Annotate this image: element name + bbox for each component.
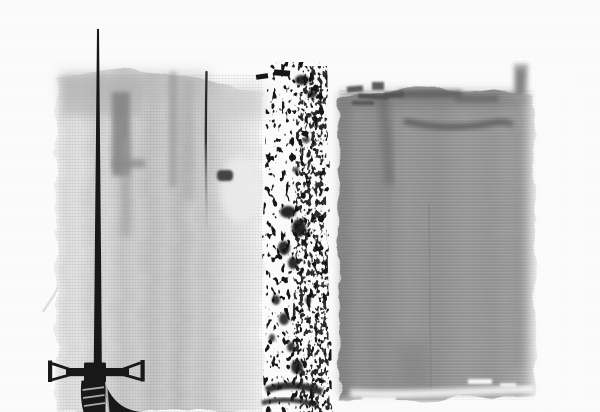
- left-wash-panel: [56, 71, 263, 412]
- dark-wash-streak: [122, 140, 130, 236]
- ink-blob: [291, 360, 303, 374]
- wash-upper-right-shade: [205, 88, 263, 118]
- crossguard-right-cap: [141, 360, 145, 382]
- charcoal-blob: [217, 170, 233, 181]
- pencil-line-core: [206, 92, 207, 142]
- ink-blob: [287, 342, 295, 352]
- ink-blob: [307, 90, 317, 98]
- dark-wash-streak: [169, 72, 177, 187]
- ink-blob: [269, 334, 275, 342]
- horizontal-smudge: [112, 159, 145, 168]
- ink-scribble: [372, 82, 384, 90]
- ink-blob: [280, 206, 296, 218]
- wash-hline-texture: [339, 90, 535, 400]
- right-fade: [531, 82, 567, 412]
- dark-wash-streak: [184, 80, 194, 200]
- light-dash: [500, 383, 516, 387]
- painting-canvas: [0, 0, 600, 412]
- speckled-ink-column: [256, 62, 333, 412]
- crossguard-center-block: [84, 363, 106, 383]
- light-dash: [468, 379, 492, 384]
- right-wash-panel: [336, 64, 567, 412]
- light-wash-blob: [220, 157, 260, 223]
- wash-vline-texture: [58, 74, 262, 412]
- ink-blob: [305, 297, 311, 303]
- right-edge-streak: [512, 108, 527, 368]
- ink-scribble: [352, 101, 374, 105]
- top-edge-streak: [455, 95, 499, 102]
- ink-blob: [272, 295, 280, 305]
- crossguard-left-cap: [48, 361, 52, 383]
- ink-speckle-field: [292, 66, 330, 412]
- ink-blob: [279, 313, 289, 325]
- bottom-dark-patch: [398, 342, 428, 390]
- pencil-line-mark: [206, 72, 207, 228]
- abstract-painting: [0, 0, 600, 412]
- vertical-dark-streak: [388, 180, 390, 285]
- top-edge-streak: [398, 90, 462, 98]
- ink-blob: [295, 75, 309, 85]
- ink-blob: [292, 219, 306, 237]
- ink-blob: [293, 167, 299, 173]
- top-smudge-core: [517, 70, 524, 94]
- ink-blob: [278, 241, 290, 255]
- bottom-fade: [336, 401, 548, 412]
- ink-blob: [288, 257, 298, 269]
- ink-blob: [302, 137, 310, 143]
- wash-left-edge-shade: [338, 96, 354, 396]
